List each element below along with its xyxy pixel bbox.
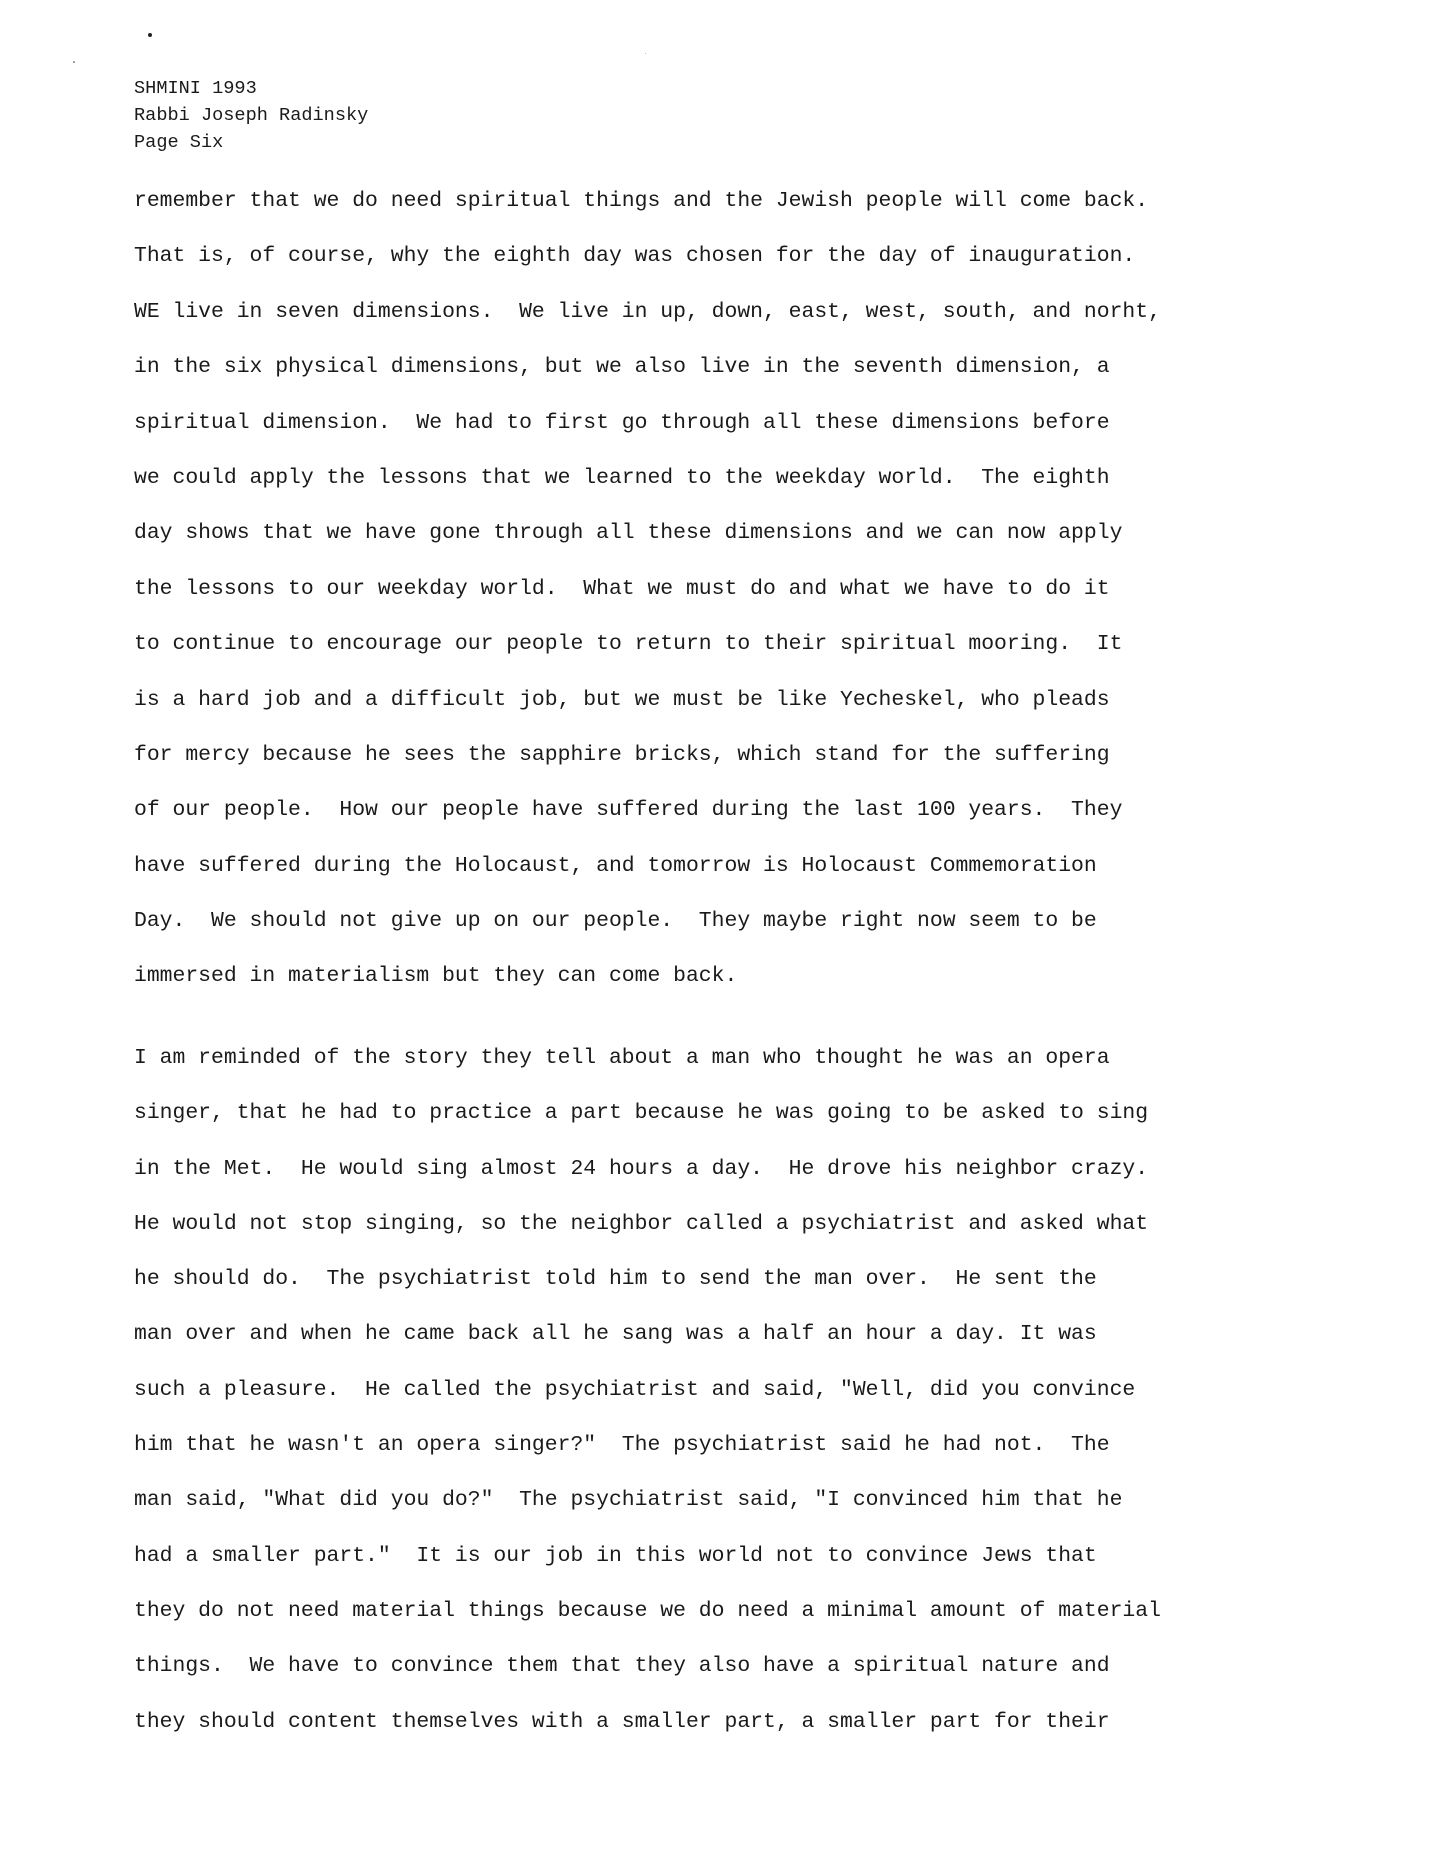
text-line: had a smaller part." It is our job in th… <box>134 1529 1161 1584</box>
text-line: Day. We should not give up on our people… <box>134 894 1161 949</box>
text-line: to continue to encourage our people to r… <box>134 617 1161 672</box>
text-line: he should do. The psychiatrist told him … <box>134 1252 1161 1307</box>
text-line: remember that we do need spiritual thing… <box>134 174 1161 229</box>
text-line: man over and when he came back all he sa… <box>134 1307 1161 1362</box>
text-line: immersed in materialism but they can com… <box>134 949 1161 1004</box>
header-page-number: Page Six <box>134 129 368 156</box>
text-line: they do not need material things because… <box>134 1584 1161 1639</box>
text-line: spiritual dimension. We had to first go … <box>134 396 1161 451</box>
scan-speck <box>148 33 152 37</box>
text-line: things. We have to convince them that th… <box>134 1639 1161 1694</box>
header-author: Rabbi Joseph Radinsky <box>134 102 368 129</box>
document-page: SHMINI 1993 Rabbi Joseph Radinsky Page S… <box>0 0 1430 1851</box>
text-line: have suffered during the Holocaust, and … <box>134 839 1161 894</box>
text-line: in the six physical dimensions, but we a… <box>134 340 1161 395</box>
document-header: SHMINI 1993 Rabbi Joseph Radinsky Page S… <box>134 75 368 156</box>
text-line: in the Met. He would sing almost 24 hour… <box>134 1142 1161 1197</box>
text-line: I am reminded of the story they tell abo… <box>134 1031 1161 1086</box>
text-line: That is, of course, why the eighth day w… <box>134 229 1161 284</box>
text-line: the lessons to our weekday world. What w… <box>134 562 1161 617</box>
text-line: He would not stop singing, so the neighb… <box>134 1197 1161 1252</box>
text-line: WE live in seven dimensions. We live in … <box>134 285 1161 340</box>
text-line: we could apply the lessons that we learn… <box>134 451 1161 506</box>
text-line: singer, that he had to practice a part b… <box>134 1086 1161 1141</box>
text-line: for mercy because he sees the sapphire b… <box>134 728 1161 783</box>
scan-speck <box>73 61 75 63</box>
text-line: is a hard job and a difficult job, but w… <box>134 673 1161 728</box>
text-line: they should content themselves with a sm… <box>134 1695 1161 1750</box>
text-line: him that he wasn't an opera singer?" The… <box>134 1418 1161 1473</box>
text-line: day shows that we have gone through all … <box>134 506 1161 561</box>
body-paragraph: I am reminded of the story they tell abo… <box>134 1031 1161 1750</box>
header-title: SHMINI 1993 <box>134 75 368 102</box>
text-line: man said, "What did you do?" The psychia… <box>134 1473 1161 1528</box>
text-line: of our people. How our people have suffe… <box>134 783 1161 838</box>
scan-speck <box>645 53 646 54</box>
text-line: such a pleasure. He called the psychiatr… <box>134 1363 1161 1418</box>
body-paragraph: remember that we do need spiritual thing… <box>134 174 1161 1005</box>
